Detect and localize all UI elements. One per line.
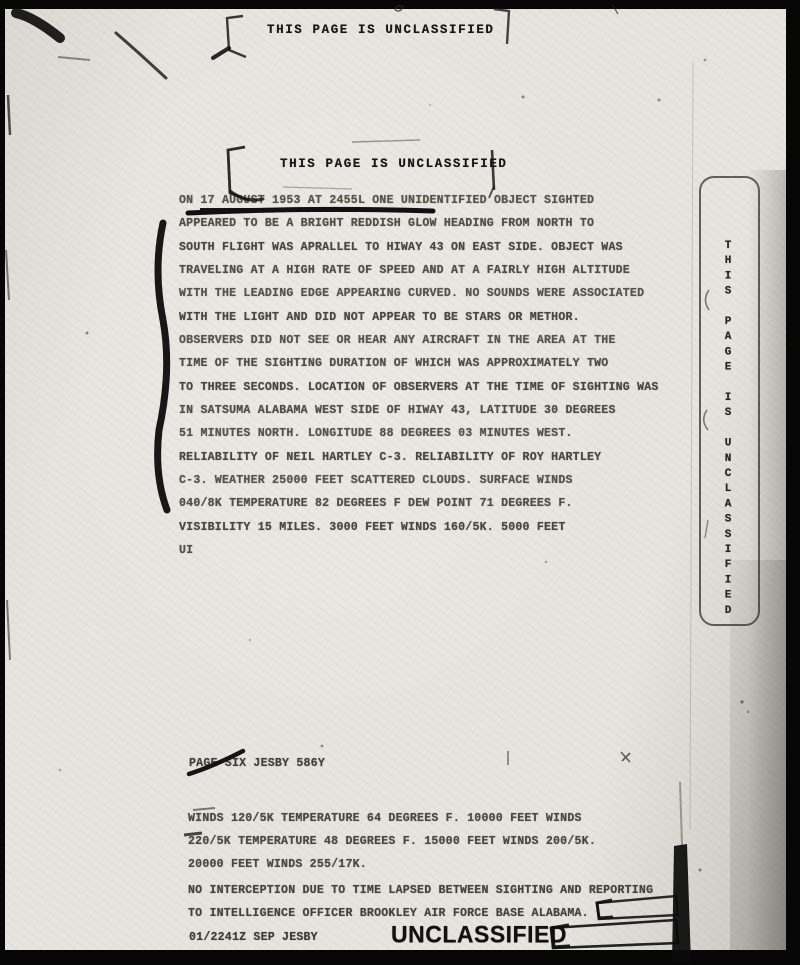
report-line: TRAVELING AT A HIGH RATE OF SPEED AND AT… [179,264,659,287]
report-line: TO THREE SECONDS. LOCATION OF OBSERVERS … [179,381,659,404]
winds-line: 220/5K TEMPERATURE 48 DEGREES F. 15000 F… [188,835,596,858]
report-line: 040/8K TEMPERATURE 82 DEGREES F DEW POIN… [179,497,659,520]
report-line: UI [179,544,659,567]
underlined-date-time: 17 AUGUST 1953 AT 2455L [200,194,365,212]
winds-line: WINDS 120/5K TEMPERATURE 64 DEGREES F. 1… [188,812,596,835]
mid-classification-banner: THIS PAGE IS UNCLASSIFIED [280,157,508,171]
scanned-document-page: THIS PAGE IS UNCLASSIFIED THIS PAGE IS U… [0,0,800,965]
report-line: C-3. WEATHER 25000 FEET SCATTERED CLOUDS… [179,474,659,497]
report-line: WITH THE LEADING EDGE APPEARING CURVED. … [179,287,659,310]
report-line-1-suffix: ONE UNIDENTIFIED OBJECT SIGHTED [365,194,594,207]
side-classification-text: THIS PAGE IS UNCLASSIFIED [722,240,734,596]
date-time-group-text: 01/2241Z SEP JESBY [189,931,318,954]
winds-line: 20000 FEET WINDS 255/17K. [188,858,596,881]
report-line: OBSERVERS DID NOT SEE OR HEAR ANY AIRCRA… [179,334,659,357]
unclassified-stamp: UNCLASSIFIED [391,920,567,948]
closing-line: NO INTERCEPTION DUE TO TIME LAPSED BETWE… [188,884,653,907]
report-line: TIME OF THE SIGHTING DURATION OF WHICH W… [179,357,659,380]
page-number-line: PAGE SIX JESBY 586Y [189,757,325,780]
top-classification-banner: THIS PAGE IS UNCLASSIFIED [267,23,495,37]
report-line-1-prefix: ON [179,194,200,207]
report-line: APPEARED TO BE A BRIGHT REDDISH GLOW HEA… [179,217,659,240]
report-line: IN SATSUMA ALABAMA WEST SIDE OF HIWAY 43… [179,404,659,427]
report-line: 51 MINUTES NORTH. LONGITUDE 88 DEGREES 0… [179,427,659,450]
report-line: WITH THE LIGHT AND DID NOT APPEAR TO BE … [179,311,659,334]
report-line: RELIABILITY OF NEIL HARTLEY C-3. RELIABI… [179,451,659,474]
page-number-text: PAGE SIX JESBY 586Y [189,757,325,780]
date-time-group: 01/2241Z SEP JESBY [189,931,318,954]
report-line: VISIBILITY 15 MILES. 3000 FEET WINDS 160… [179,521,659,544]
winds-text-block: WINDS 120/5K TEMPERATURE 64 DEGREES F. 1… [188,812,596,882]
report-line-1: ON 17 AUGUST 1953 AT 2455L ONE UNIDENTIF… [179,194,659,217]
report-text-block: ON 17 AUGUST 1953 AT 2455L ONE UNIDENTIF… [179,194,659,568]
report-line: SOUTH FLIGHT WAS APRALLEL TO HIWAY 43 ON… [179,241,659,264]
